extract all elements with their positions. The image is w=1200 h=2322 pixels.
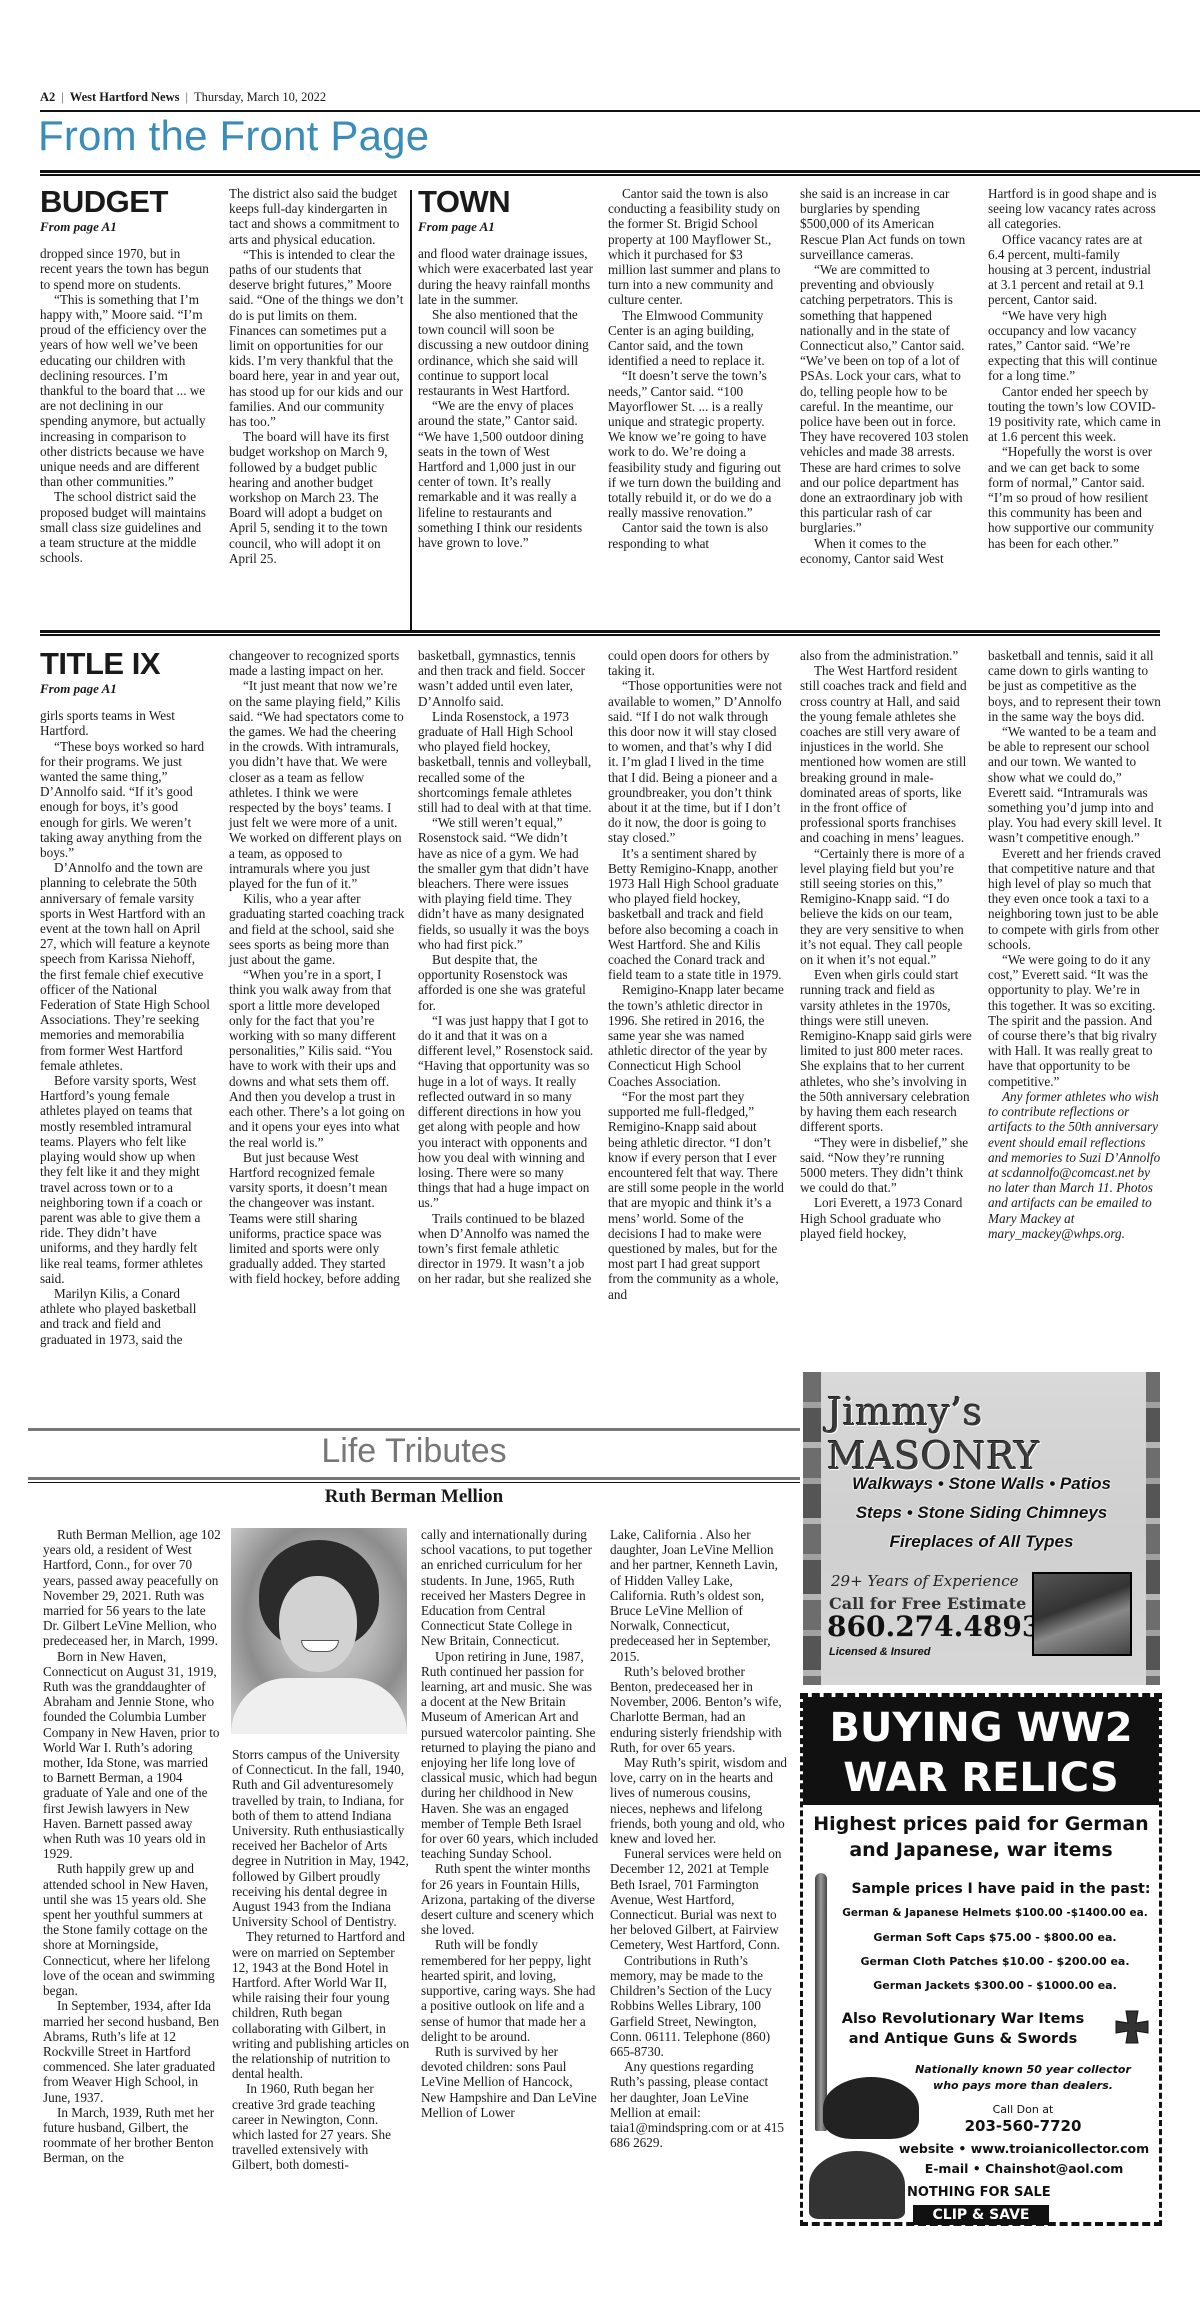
tributes-section-title: Life Tributes: [28, 1432, 800, 1471]
masonry-experience: 29+ Years of Experience: [831, 1572, 1019, 1590]
ww2-also-1: Also Revolutionary War Items: [823, 2011, 1103, 2027]
budget-col-1: BUDGET From page A1 dropped since 1970, …: [40, 186, 210, 565]
titleix-jump-line: From page A1: [40, 681, 210, 696]
ww2-sample-title: Sample prices I have paid in the past:: [803, 1881, 1179, 1897]
ww2-collector-1: Nationally known 50 year collector: [903, 2063, 1143, 2076]
titleix-col-4: could open doors for others by taking it…: [608, 648, 784, 1302]
town-slug: TOWN: [418, 186, 594, 218]
iron-cross-icon: [1109, 2009, 1155, 2055]
obituary-col-2: Storrs campus of the University of Conne…: [232, 1747, 410, 2173]
obituary-name: Ruth Berman Mellion: [28, 1486, 800, 1508]
ww2-price-2: German Soft Caps $75.00 - $800.00 ea.: [803, 1931, 1173, 1944]
titleix-col-5: also from the administration.” The West …: [800, 648, 972, 1241]
page-folio: A2|West Hartford News|Thursday, March 10…: [40, 90, 326, 105]
section-double-rule: [40, 170, 1200, 176]
masonry-phone[interactable]: 860.274.4893: [827, 1610, 1041, 1643]
masonry-licensed: Licensed & Insured: [829, 1646, 930, 1658]
masonry-advertisement[interactable]: Jimmy’s MASONRY Walkways • Stone Walls •…: [803, 1372, 1160, 1685]
titleix-col-6: basketball and tennis, said it all came …: [988, 648, 1162, 1241]
section-title: From the Front Page: [38, 112, 429, 160]
budget-slug: BUDGET: [40, 186, 210, 218]
ww2-phone[interactable]: 203-560-7720: [933, 2117, 1113, 2135]
ww2-call-text: Call Don at: [943, 2103, 1103, 2116]
tributes-rule-top: [28, 1428, 800, 1431]
column-divider: [410, 190, 412, 630]
budget-jump-line: From page A1: [40, 219, 210, 234]
ww2-nothing-for-sale: NOTHING FOR SALE: [907, 2185, 1067, 2200]
titleix-slug: TITLE IX: [40, 648, 210, 680]
contribution-note: Any former athletes who wish to contribu…: [988, 1089, 1162, 1241]
page-number: A2: [40, 90, 55, 104]
town-col-3: she said is an increase in car burglarie…: [800, 186, 972, 566]
masonry-patio-photo: [1032, 1572, 1132, 1656]
obituary-col-3: cally and internationally during school …: [421, 1527, 599, 2120]
stone-border-left: [803, 1372, 821, 1685]
tributes-thin-rule: [28, 1482, 800, 1483]
publication-name: West Hartford News: [70, 90, 180, 104]
town-col-2: Cantor said the town is also conducting …: [608, 186, 784, 551]
ww2-relics-advertisement[interactable]: BUYING WW2 WAR RELICS Highest prices pai…: [800, 1693, 1162, 2015]
ww2-price-1: German & Japanese Helmets $100.00 -$1400…: [803, 1907, 1173, 1919]
titleix-col-2: changeover to recognized sports made a l…: [229, 648, 405, 1287]
ww2-email[interactable]: E-mail • Chainshot@aol.com: [889, 2161, 1159, 2176]
obituary-col-4: Lake, California . Also her daughter, Jo…: [610, 1527, 788, 2150]
issue-date: Thursday, March 10, 2022: [194, 90, 326, 104]
clip-and-save-banner: CLIP & SAVE: [913, 2205, 1049, 2225]
tributes-rule-bottom: [28, 1477, 800, 1480]
titleix-col-3: basketball, gymnastics, tennis and then …: [418, 648, 594, 1287]
ww2-website[interactable]: website • www.troianicollector.com: [889, 2141, 1159, 2156]
town-col-4: Hartford is in good shape and is seeing …: [988, 186, 1162, 551]
ww2-price-4: German Jackets $300.00 - $1000.00 ea.: [803, 1979, 1173, 1992]
obituary-portrait-photo: [231, 1528, 407, 1734]
ww2-sub-2: and Japanese, war items: [803, 1839, 1159, 1861]
masonry-service-2: Steps • Stone Siding Chimneys: [803, 1503, 1160, 1523]
ww2-also-2: and Antique Guns & Swords: [823, 2031, 1103, 2047]
ww2-headline: BUYING WW2 WAR RELICS: [803, 1697, 1159, 1805]
ww2-sub-1: Highest prices paid for German: [803, 1813, 1159, 1835]
ww2-collector-2: who pays more than dealers.: [903, 2079, 1143, 2092]
masonry-service-1: Walkways • Stone Walls • Patios: [803, 1474, 1160, 1494]
budget-col-2: The district also said the budget keeps …: [229, 186, 405, 566]
story-double-rule: [40, 630, 1160, 636]
ww2-relics-advertisement-lower[interactable]: Also Revolutionary War Items and Antique…: [800, 2011, 1162, 2226]
titleix-col-1: TITLE IX From page A1 girls sports teams…: [40, 648, 210, 1347]
town-col-1: TOWN From page A1 and flood water draina…: [418, 186, 594, 550]
masonry-ad-name: Jimmy’s MASONRY: [827, 1390, 1160, 1478]
ww2-price-3: German Cloth Patches $10.00 - $200.00 ea…: [803, 1955, 1173, 1968]
obituary-col-1: Ruth Berman Mellion, age 102 years old, …: [43, 1527, 221, 2166]
masonry-service-3: Fireplaces of All Types: [803, 1532, 1160, 1552]
town-jump-line: From page A1: [418, 219, 594, 234]
